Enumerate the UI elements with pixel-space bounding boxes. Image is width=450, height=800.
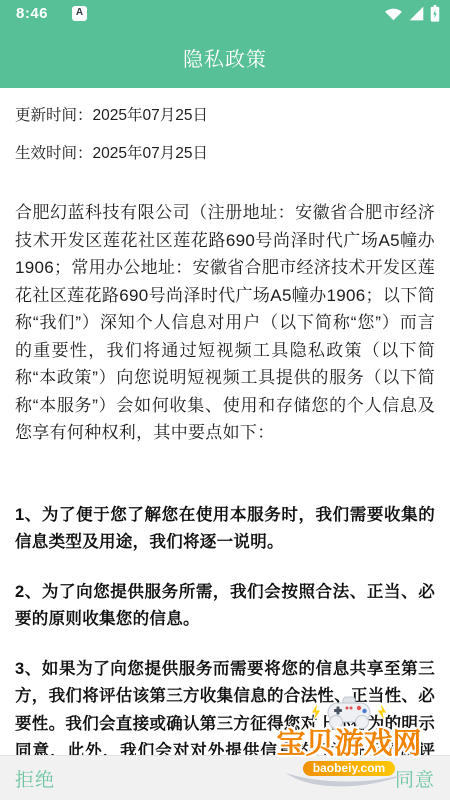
consent-action-bar: 拒绝 同意 xyxy=(0,755,450,800)
wifi-icon xyxy=(384,6,403,21)
policy-point-3: 3、如果为了向您提供服务而需要将您的信息共享至第三方，我们将评估该第三方收集信息… xyxy=(15,656,435,756)
app-notification-icon: A xyxy=(72,6,87,21)
effective-time-line: 生效时间：2025年07月25日 xyxy=(15,141,435,163)
app-bar: 隐私政策 xyxy=(0,26,450,88)
reject-button[interactable]: 拒绝 xyxy=(15,765,55,792)
status-bar: 8:46 A xyxy=(0,0,450,26)
policy-intro-paragraph: 合肥幻蓝科技有限公司（注册地址：安徽省合肥市经济技术开发区莲花社区莲花路690号… xyxy=(15,199,435,447)
agree-button[interactable]: 同意 xyxy=(395,765,435,792)
policy-point-2: 2、为了向您提供服务所需，我们会按照合法、正当、必要的原则收集您的信息。 xyxy=(15,579,435,634)
battery-charging-icon xyxy=(430,5,440,22)
update-time-line: 更新时间：2025年07月25日 xyxy=(15,103,435,125)
page-title: 隐私政策 xyxy=(183,43,267,72)
policy-point-1: 1、为了便于您了解您在使用本服务时，我们需要收集的信息类型及用途，我们将逐一说明… xyxy=(15,502,435,557)
policy-scroll-area[interactable]: 更新时间：2025年07月25日 生效时间：2025年07月25日 合肥幻蓝科技… xyxy=(0,88,450,755)
privacy-policy-screen: 8:46 A 隐私政策 xyxy=(0,0,450,800)
status-icons xyxy=(384,5,440,22)
cellular-signal-icon xyxy=(408,6,425,21)
clock-text: 8:46 xyxy=(16,5,48,22)
